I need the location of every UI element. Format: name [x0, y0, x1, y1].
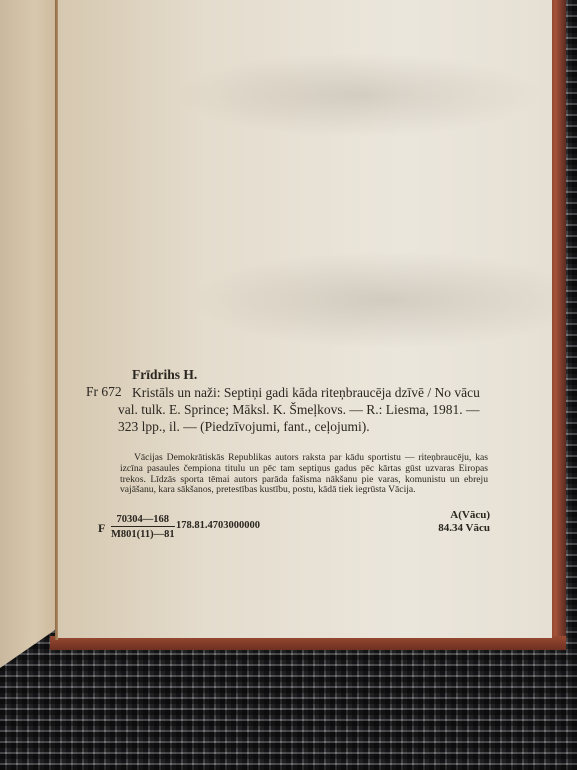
bibliographic-entry: Kristāls un naži: Septiņi gadi kāda rite…	[118, 384, 488, 435]
book-cover-edge-bottom	[50, 636, 566, 650]
catalog-fraction: 70304—168 M801(11)—81	[111, 514, 175, 540]
spine-crease	[55, 0, 58, 640]
classification-number: 178.81.4703000000	[176, 520, 260, 531]
call-number: Fr 672	[86, 384, 122, 400]
fraction-numerator: 70304—168	[111, 514, 175, 527]
format-letter: F	[98, 521, 105, 536]
language-code: A(Vācu)	[400, 509, 490, 522]
fraction-denominator: M801(11)—81	[111, 527, 175, 540]
book-page	[58, 0, 552, 638]
left-flyleaf	[0, 0, 58, 668]
annotation: Vācijas Demokrātiskās Republikas autors …	[120, 453, 488, 496]
author-name: Frīdrihs H.	[132, 367, 197, 383]
bbk-code: 84.34 Vācu	[400, 522, 490, 535]
language-block: A(Vācu) 84.34 Vācu	[400, 509, 490, 535]
